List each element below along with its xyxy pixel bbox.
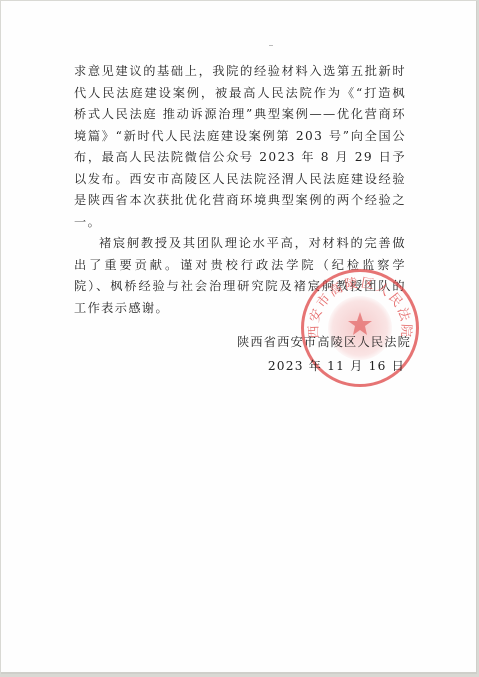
signing-date: 2023 年 11 月 16 日 [237, 354, 405, 378]
signature-block: 陕西省西安市高陵区人民法院 2023 年 11 月 16 日 [237, 330, 411, 378]
paragraph-case-selection: 求意见建议的基础上，我院的经验材料入选第五批新时代人民法庭建设案例，被最高人民法… [74, 61, 406, 233]
letter-body: 求意见建议的基础上，我院的经验材料入选第五批新时代人民法庭建设案例，被最高人民法… [74, 61, 406, 319]
scan-artifact [269, 45, 273, 46]
paragraph-acknowledgement: 褚宸舸教授及其团队理论水平高，对材料的完善做出了重要贡献。谨对贵校行政法学院（纪… [74, 233, 406, 319]
document-page: 求意见建议的基础上，我院的经验材料入选第五批新时代人民法庭建设案例，被最高人民法… [1, 1, 477, 674]
signing-organization: 陕西省西安市高陵区人民法院 [237, 330, 411, 354]
